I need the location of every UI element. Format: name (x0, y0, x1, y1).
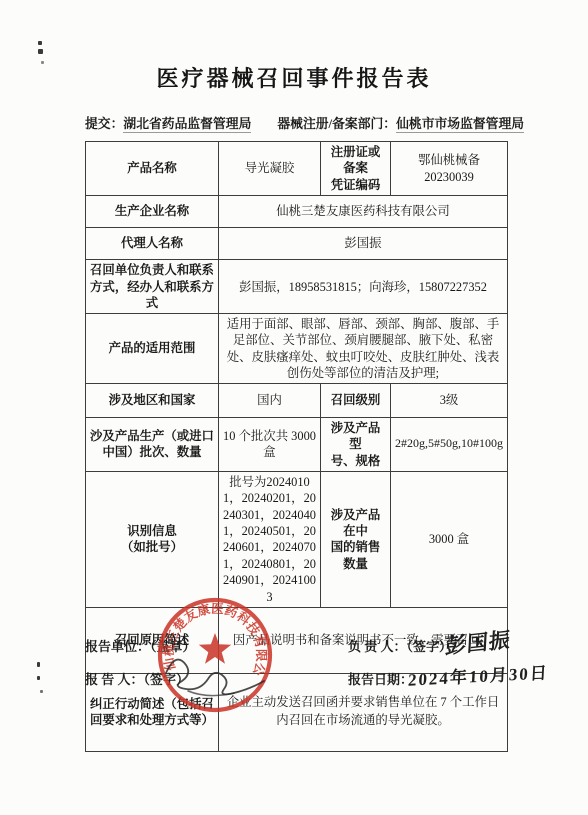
product-name-label: 产品名称 (86, 142, 219, 196)
agent-label: 代理人名称 (86, 228, 219, 260)
model-label-line1: 涉及产品型 (325, 420, 386, 453)
responsible-label: 负 责 人：（签字） (348, 636, 452, 655)
table-row: 识别信息 （如批号） 批号为20240101，20240201，20240301… (86, 471, 508, 607)
contact-label: 召回单位负责人和联系方式，经办人和联系方式 (86, 260, 219, 314)
sales-qty-label: 涉及产品在中 国的销售数量 (321, 471, 391, 607)
batch-qty-value: 10 个批次共 3000 盒 (219, 417, 321, 471)
id-info-label-line1: 识别信息 (90, 523, 214, 539)
scan-speck (38, 49, 43, 54)
registration-dept-label: 器械注册/备案部门： (277, 117, 396, 131)
model-label-line2: 号、规格 (325, 453, 386, 469)
table-row: 产品的适用范围 适用于面部、眼部、唇部、颈部、胸部、腹部、手足部位、关节部位、颈… (86, 314, 508, 384)
region-label: 涉及地区和国家 (86, 383, 219, 417)
reporter-signature-scribble (158, 645, 278, 705)
id-info-label-line2: （如批号） (90, 539, 214, 555)
table-row: 生产企业名称 仙桃三楚友康医药科技有限公司 (86, 196, 508, 228)
sales-qty-label-line2: 国的销售数量 (325, 539, 386, 572)
manufacturer-value: 仙桃三楚友康医药科技有限公司 (219, 196, 508, 228)
scan-speck (37, 662, 40, 667)
agent-value: 彭国振 (219, 228, 508, 260)
sales-qty-label-line1: 涉及产品在中 (325, 507, 386, 540)
cert-value: 鄂仙桃械备 20230039 (391, 142, 508, 196)
table-row: 召回单位负责人和联系方式，经办人和联系方式 彭国振，18958531815；向海… (86, 260, 508, 314)
product-name-value: 导光凝胶 (219, 142, 321, 196)
cert-label-line2: 凭证编码 (325, 177, 386, 193)
scan-speck (40, 690, 43, 693)
region-value: 国内 (219, 383, 321, 417)
contact-value: 彭国振，18958531815；向海珍，15807227352 (219, 260, 508, 314)
table-row: 代理人名称 彭国振 (86, 228, 508, 260)
scanned-recall-report-page: 医疗器械召回事件报告表 提交：湖北省药品监督管理局器械注册/备案部门：仙桃市市场… (0, 0, 588, 815)
scope-value: 适用于面部、眼部、唇部、颈部、胸部、腹部、手足部位、关节部位、颈肩腰腿部、腋下处… (219, 314, 508, 384)
manufacturer-label: 生产企业名称 (86, 196, 219, 228)
scan-speck (38, 41, 42, 45)
table-row: 产品名称 导光凝胶 注册证或备案 凭证编码 鄂仙桃械备 20230039 (86, 142, 508, 196)
scan-speck (37, 676, 40, 680)
submit-value: 湖北省药品监督管理局 (123, 117, 251, 133)
model-label: 涉及产品型 号、规格 (321, 417, 391, 471)
cert-label-line1: 注册证或备案 (325, 144, 386, 177)
batch-qty-label: 沙及产品生产（或进口中国）批次、数量 (86, 417, 219, 471)
id-info-value: 批号为20240101，20240201，20240301，20240401，2… (219, 471, 321, 607)
report-date-label: 报告日期： (348, 669, 413, 688)
table-row: 沙及产品生产（或进口中国）批次、数量 10 个批次共 3000 盒 涉及产品型 … (86, 417, 508, 471)
registration-dept-value: 仙桃市市场监督管理局 (396, 117, 524, 133)
cert-label: 注册证或备案 凭证编码 (321, 142, 391, 196)
sales-qty-value: 3000 盒 (391, 471, 508, 607)
scope-label: 产品的适用范围 (86, 314, 219, 384)
recall-level-label: 召回级别 (321, 383, 391, 417)
id-info-label: 识别信息 （如批号） (86, 471, 219, 607)
table-row: 涉及地区和国家 国内 召回级别 3级 (86, 383, 508, 417)
page-title: 医疗器械召回事件报告表 (0, 62, 588, 93)
recall-level-value: 3级 (391, 383, 508, 417)
submission-line: 提交：湖北省药品监督管理局器械注册/备案部门：仙桃市市场监督管理局 (85, 113, 515, 132)
submit-label: 提交： (85, 117, 123, 131)
model-value: 2#20g,5#50g,10#100g (391, 417, 508, 471)
